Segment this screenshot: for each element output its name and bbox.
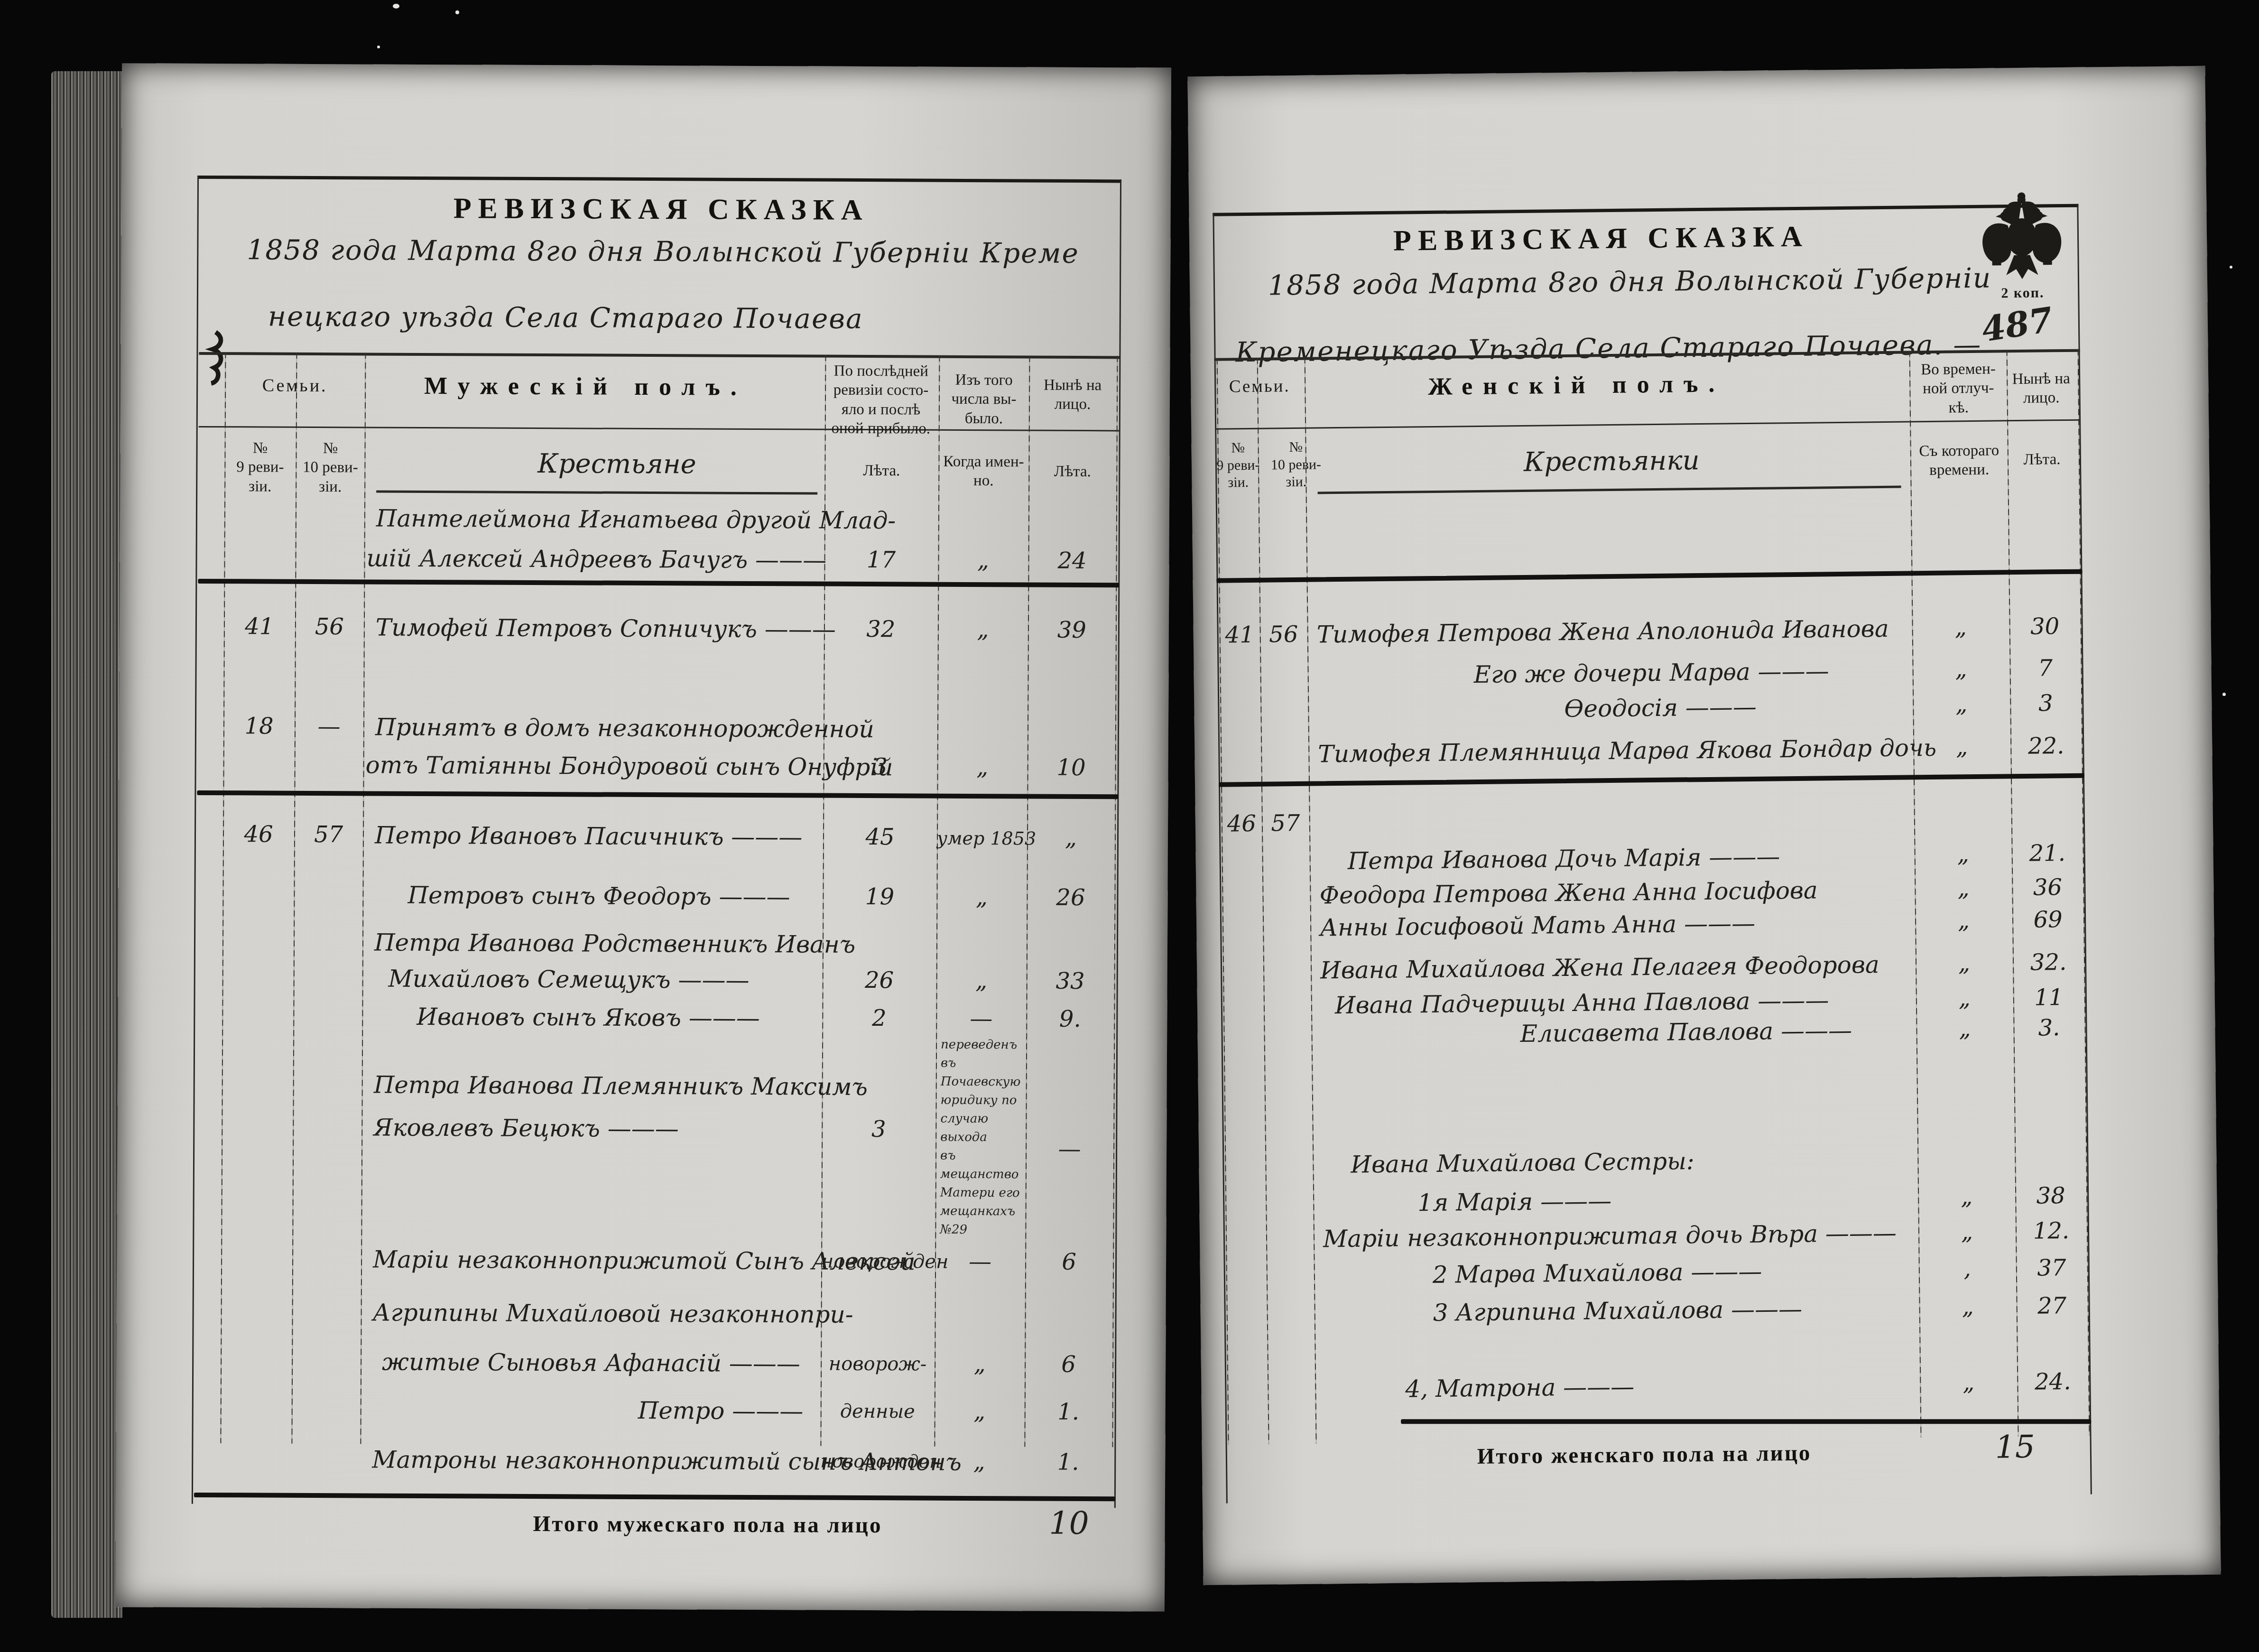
person-name: Анны Іосифовой Мать Анна ——— xyxy=(1320,908,1916,941)
dust-speck xyxy=(393,4,399,9)
table-row: Михайловъ Семещукъ ——— 26 „ 33 xyxy=(118,964,1167,1006)
person-name: Михайловъ Семещукъ ——— xyxy=(374,965,839,994)
age-current: 37 xyxy=(2016,1254,2088,1282)
person-name: Петра Иванова Родственникъ Иванъ xyxy=(374,929,825,958)
dust-speck xyxy=(2230,266,2232,269)
imperial-eagle-stamp-icon xyxy=(1972,189,2072,285)
subheader-when-exactly: Когда имен- но. xyxy=(938,452,1028,491)
subheader-years-now: Лѣта. xyxy=(1998,450,2086,470)
stamp-denomination: 2 коп. xyxy=(2001,285,2045,301)
ditto-mark: „ xyxy=(1916,949,2013,977)
column-header-family: Семьи. xyxy=(1210,375,1309,398)
subheader-rule xyxy=(1318,486,1901,494)
person-name: Тимофей Петровъ Сопничукъ ——— xyxy=(376,614,826,643)
person-name: Маріи незаконноприжитая дочь Вѣра ——— xyxy=(1323,1219,1919,1253)
table-row: житые Сыновья Афанасій ——— новорож- „ 6 xyxy=(116,1347,1166,1390)
header-divider-rule xyxy=(1215,419,2081,430)
subheader-revision-9: № 9 реви- зіи. xyxy=(1204,439,1271,492)
subheader-revision-10: № 10 реви- зіи. xyxy=(1262,438,1329,491)
person-name: Петровъ сынъ Феодоръ ——— xyxy=(374,882,858,911)
age-current: 33 xyxy=(1027,968,1114,995)
person-name: 1я Марія ——— xyxy=(1323,1183,2013,1217)
family-no-9th: 46 xyxy=(1222,810,1262,837)
person-name: Агрипины Михайловой незаконнопри- xyxy=(372,1299,823,1328)
person-name: Петра Иванова Племянникъ Максимъ xyxy=(374,1071,824,1101)
dust-speck xyxy=(455,10,459,14)
person-name: Принятъ в домъ незаконнорожденной xyxy=(375,714,826,743)
person-name: Петра Иванова Дочь Марія ——— xyxy=(1319,841,1943,875)
ditto-mark: „ xyxy=(938,616,1028,643)
page-title: РЕВИЗСКАЯ СКАЗКА xyxy=(454,192,869,227)
column-header-family: Семьи. xyxy=(225,374,365,397)
date-line-1: 1858 года Марта 8го дня Волынской Губерн… xyxy=(1268,262,1992,302)
table-row: Матроны незаконноприжитый сынъ Антонъ но… xyxy=(116,1445,1165,1487)
table-row: 4, Матрона ——— „ 24. xyxy=(1201,1367,2219,1415)
ditto-mark: „ xyxy=(1913,733,2011,761)
ditto-mark: „ xyxy=(1918,1183,2016,1210)
family-no-9th: 46 xyxy=(223,821,294,848)
ditto-mark: „ xyxy=(1919,1293,2017,1320)
dash-mark: — xyxy=(935,1248,1025,1275)
column-header-absence: Во времен- ной отлуч- кѣ. xyxy=(1908,359,2009,418)
column-header-now-present: Нынѣ на лицо. xyxy=(1028,376,1118,414)
table-bottom-rule xyxy=(1401,1419,2091,1424)
age-prev-revision: 19 xyxy=(823,883,936,910)
date-line-2: нецкаго уѣзда Села Стараго Почаева xyxy=(268,300,863,335)
subheader-revision-10: № 10 реви- зіи. xyxy=(296,439,364,496)
person-name: житые Сыновья Афанасій ——— xyxy=(372,1348,833,1378)
dust-speck xyxy=(377,46,380,48)
age-current: 69 xyxy=(2012,906,2084,934)
family-no-10th: 56 xyxy=(295,613,364,640)
ditto-mark: „ xyxy=(937,754,1028,781)
age-current: — xyxy=(1026,1136,1113,1163)
person-name: Яковлевъ Бецюкъ ——— xyxy=(373,1114,824,1143)
subheader-rule xyxy=(376,491,817,495)
person-name: Пантелеймона Игнатьева другой Млад- xyxy=(376,505,827,534)
age-prev-revision: 45 xyxy=(823,824,937,851)
ditto-mark: „ xyxy=(935,1351,1025,1378)
person-name: Ивана Падчерицы Анна Павлова ——— xyxy=(1321,985,1931,1019)
ditto-mark: „ xyxy=(1920,1369,2018,1396)
age-current: 12. xyxy=(2016,1217,2087,1245)
age-current: 38 xyxy=(2015,1182,2087,1210)
subheader-years-now: Лѣта. xyxy=(1028,462,1116,482)
subheader-since-when: Съ котораго времени. xyxy=(1909,441,2010,480)
death-note: умер 1853 xyxy=(937,828,1027,849)
age-prev-revision: 32 xyxy=(824,616,938,643)
age-prev-revision: 3 xyxy=(822,1116,935,1143)
left-page: РЕВИЗСКАЯ СКАЗКА 1858 года Марта 8го дня… xyxy=(115,63,1171,1612)
date-line-2: Кременецкаго Уѣзда Села Стараго Почаева.… xyxy=(1235,328,1981,368)
age-current: 3 xyxy=(2010,690,2082,717)
newborn-note: новорожден xyxy=(821,1251,935,1273)
ditto-mark: , xyxy=(1919,1255,2017,1282)
newborn-note: новорожден xyxy=(820,1451,934,1472)
age-current: 22. xyxy=(2010,733,2082,760)
person-name: Маріи незаконноприжитой Сынъ Алексей xyxy=(373,1246,824,1275)
age-current: 7 xyxy=(2009,655,2081,682)
person-name: Феодора Петрова Жена Анна Іосифова xyxy=(1319,875,1915,909)
family-no-10th: 57 xyxy=(294,821,363,848)
age-current: 11 xyxy=(2013,984,2085,1012)
family-no-10th: 56 xyxy=(1259,621,1307,648)
ditto-mark: „ xyxy=(1914,840,2012,868)
ditto-mark: „ xyxy=(1916,1015,2014,1042)
table-row: Пантелеймона Игнатьева другой Млад- xyxy=(120,503,1169,546)
person-name: Тимофея Племянница Марѳа Якова Бондар до… xyxy=(1318,734,1914,768)
table-top-rule xyxy=(199,352,1120,359)
ditto-mark: „ xyxy=(1916,984,2014,1012)
age-prev-revision: 3 xyxy=(824,753,937,780)
ditto-mark: „ xyxy=(1912,655,2010,683)
ditto-mark: „ xyxy=(1915,874,2012,902)
subheader-peasants: Крестьяне xyxy=(537,448,696,480)
table-row: 41 56 Тимофея Петрова Жена Аполонида Ива… xyxy=(1193,612,2211,660)
age-current: 1. xyxy=(1025,1399,1112,1426)
total-label: Итого женскаго пола на лицо xyxy=(1477,1440,1812,1469)
age-current: „ xyxy=(1027,825,1115,852)
age-current: 24 xyxy=(1028,548,1116,575)
section-label-sisters: Ивана Михайлова Сестры: xyxy=(1322,1145,1946,1179)
person-name: Ивановъ сынъ Яковъ ——— xyxy=(374,1003,867,1033)
age-current: 6 xyxy=(1025,1249,1113,1276)
ditto-mark: „ xyxy=(1915,907,2013,934)
subheader-peasant-women: Крестьянки xyxy=(1524,445,1700,478)
family-no-9th: 41 xyxy=(1219,622,1260,649)
age-current: 1. xyxy=(1024,1449,1112,1476)
table-row: Петровъ сынъ Феодоръ ——— 19 „ 26 xyxy=(118,880,1167,923)
ditto-mark: „ xyxy=(1912,613,2009,641)
page-title: РЕВИЗСКАЯ СКАЗКА xyxy=(1393,220,1809,258)
person-name: 4, Матрона ——— xyxy=(1324,1369,2001,1404)
family-no-10th: — xyxy=(295,713,363,740)
body-top-rule xyxy=(1216,569,2082,583)
table-row: 41 56 Тимофей Петровъ Сопничукъ ——— 32 „… xyxy=(120,613,1169,655)
age-current: 26 xyxy=(1027,884,1114,911)
subheader-years-prev: Лѣта. xyxy=(824,461,938,481)
age-current: 32. xyxy=(2013,949,2084,976)
transfer-note: переведенъ въ Почаевскую юридику по случ… xyxy=(940,1036,1036,1240)
age-prev-revision: 2 xyxy=(822,1005,936,1032)
table-row: Тимофея Племянница Марѳа Якова Бондар до… xyxy=(1194,731,2213,780)
column-header-female-sex: Женскій полъ. xyxy=(1428,370,1725,401)
age-current: 24. xyxy=(2017,1368,2089,1396)
scanned-revision-list-spread: РЕВИЗСКАЯ СКАЗКА 1858 года Марта 8го дня… xyxy=(0,0,2259,1652)
age-prev-revision: 17 xyxy=(824,547,938,574)
ditto-mark: „ xyxy=(938,547,1028,574)
person-name: Матроны незаконноприжитый сынъ Антонъ xyxy=(372,1446,823,1476)
table-row: Петра Иванова Родственникъ Иванъ xyxy=(118,928,1167,970)
ditto-mark: „ xyxy=(935,1398,1025,1425)
family-no-9th: 18 xyxy=(223,713,295,740)
person-name: Тимофея Петрова Жена Аполонида Иванова xyxy=(1316,614,1912,648)
person-name: шій Алексей Андреевъ Бачугъ ——— xyxy=(366,544,817,574)
ditto-mark: „ xyxy=(936,884,1027,911)
subheader-revision-9: № 9 реви- зіи. xyxy=(225,438,295,496)
newborn-note: новорож- xyxy=(821,1353,935,1375)
person-name: отъ Татіянны Бондуровой сынъ Онуфрій xyxy=(366,751,816,780)
ditto-mark: „ xyxy=(934,1448,1024,1476)
ditto-mark: „ xyxy=(936,967,1027,994)
newborn-note: денные xyxy=(821,1401,935,1423)
age-current: 27 xyxy=(2016,1292,2088,1320)
table-row: Агрипины Михайловой незаконнопри- xyxy=(116,1298,1166,1340)
dust-speck xyxy=(2222,693,2226,696)
ditto-mark: „ xyxy=(1918,1218,2016,1245)
person-name: Ивана Михайлова Жена Пелагея Феодорова xyxy=(1320,950,1916,984)
age-current: 3. xyxy=(2013,1014,2085,1042)
dash-mark: — xyxy=(936,1005,1026,1032)
book-fore-edge-pages xyxy=(51,71,122,1618)
total-value: 15 xyxy=(1995,1429,2035,1466)
column-header-male-sex: Мужескій полъ. xyxy=(424,372,747,401)
table-row: Маріи незаконноприжитой Сынъ Алексей нов… xyxy=(117,1244,1166,1287)
form-frame-top xyxy=(197,176,1121,183)
age-prev-revision: 26 xyxy=(823,967,936,994)
age-current: 39 xyxy=(1028,617,1116,644)
age-current: 21. xyxy=(2011,840,2083,867)
page-number: 487 xyxy=(1979,299,2055,350)
column-header-prev-revision: По послѣдней ревизіи состо- яло и послѣ … xyxy=(822,362,941,438)
total-value: 10 xyxy=(1049,1505,1089,1541)
total-label: Итого мужескаго пола на лицо xyxy=(533,1511,882,1538)
age-current: 30 xyxy=(2009,613,2081,640)
column-header-now-present: Нынѣ на лицо. xyxy=(1997,369,2085,408)
family-no-10th: 57 xyxy=(1262,810,1310,837)
table-row: 46 57 Петро Ивановъ Пасичникъ ——— 45 уме… xyxy=(119,820,1168,863)
table-row: 18 — Принятъ в домъ незаконнорожденной xyxy=(119,712,1168,755)
family-no-9th: 41 xyxy=(224,613,295,640)
column-header-departed: Изъ того числа вы- было. xyxy=(937,371,1031,428)
age-current: 6 xyxy=(1025,1351,1112,1378)
table-row: Петро ——— денные „ 1. xyxy=(116,1394,1166,1437)
right-page: РЕВИЗСКАЯ СКАЗКА 1858 года Марта 8го дня… xyxy=(1187,66,2221,1585)
table-row: отъ Татіянны Бондуровой сынъ Онуфрій 3 „… xyxy=(119,750,1168,793)
person-name: Петро Ивановъ Пасичникъ ——— xyxy=(375,822,825,851)
age-current: 9. xyxy=(1026,1006,1114,1033)
table-bottom-rule xyxy=(194,1493,1115,1501)
ditto-mark: „ xyxy=(1913,690,2010,718)
age-current: 10 xyxy=(1028,754,1115,781)
age-current: 36 xyxy=(2012,874,2083,901)
form-frame-top xyxy=(1213,204,2078,216)
date-line-1: 1858 года Марта 8го дня Волынской Губерн… xyxy=(247,233,1079,269)
